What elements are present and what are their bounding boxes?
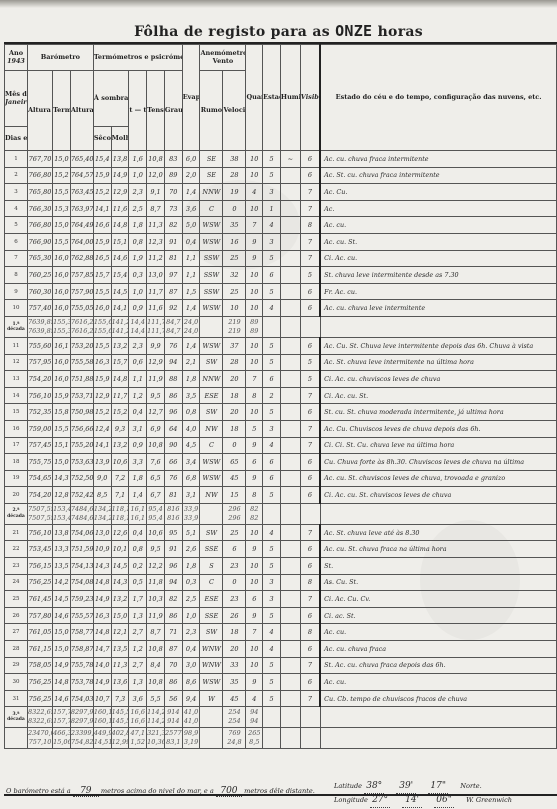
- table-row: 19754,6514,3752,509,07,21,86,5766,8WSW45…: [5, 470, 557, 487]
- day-number: 23: [5, 558, 28, 575]
- summary-cell: 155,6155,6: [93, 316, 111, 337]
- cell-vel: 23: [223, 591, 246, 608]
- cell-alt-ap: 756,10: [27, 524, 52, 541]
- cell-hum: 81: [164, 250, 182, 267]
- cell-hum-esp: [280, 233, 300, 250]
- day-number: 8: [5, 267, 28, 284]
- col-t-diff: t — t': [129, 71, 147, 151]
- summary-cell: 7507,557507,55: [27, 503, 52, 524]
- cell-diff: 2,5: [129, 200, 147, 217]
- day-number: 25: [5, 591, 28, 608]
- table-row: 20754,2012,8752,428,57,11,46,7813,1NW158…: [5, 487, 557, 504]
- cell-evap: 3,4: [182, 454, 200, 471]
- summary-cell: 41,041,0: [182, 707, 200, 728]
- cell-vis: 7: [300, 524, 320, 541]
- cell-hum: 82: [164, 591, 182, 608]
- cell-diff: 3,3: [129, 454, 147, 471]
- cell-dir: SW: [200, 404, 223, 421]
- cell-hum-esp: [280, 200, 300, 217]
- cell-hum: 94: [164, 574, 182, 591]
- table-row: 18755,7515,0753,6313,910,63,37,6663,4WSW…: [5, 454, 557, 471]
- summary-cell: 402,812,99: [111, 728, 129, 749]
- cell-alt-ap: 760,25: [27, 267, 52, 284]
- cell-vapor: 9,9: [147, 337, 165, 354]
- weather-description: Fr. Ac. cu.: [320, 283, 556, 300]
- summary-cell: 114,2114,2: [147, 707, 165, 728]
- cell-temp-adj: 15,0: [53, 151, 71, 168]
- cell-wet: 14,5: [111, 558, 129, 575]
- cell-alt-corr: 754,08: [70, 574, 93, 591]
- cell-wet: 15,2: [111, 404, 129, 421]
- cell-vel: 28: [223, 354, 246, 371]
- day-number: 19: [5, 470, 28, 487]
- cell-wet: 13,5: [111, 641, 129, 658]
- cell-vis: 5: [300, 267, 320, 284]
- table-row: 4766,3015,3763,9714,111,62,58,7733,6C010…: [5, 200, 557, 217]
- table-row: 14756,1015,9753,7112,911,71,29,5863,5ESE…: [5, 387, 557, 404]
- summary-cell: 47,11,52: [129, 728, 147, 749]
- cell-dir: C: [200, 200, 223, 217]
- weather-description: St. chuva leve intermitente desde as 7.3…: [320, 267, 556, 284]
- cell-clouds: 4: [246, 184, 263, 201]
- cell-evap: 3,5: [182, 387, 200, 404]
- table-row: 29758,0514,9755,7814,011,32,78,4703,0WNW…: [5, 657, 557, 674]
- cell-vel: 18: [223, 624, 246, 641]
- col-wind-vel: Velocidade horária: [223, 71, 246, 151]
- table-row: 3765,8015,5763,4515,212,92,39,1701,4NNW1…: [5, 184, 557, 201]
- cell-hum-esp: [280, 524, 300, 541]
- cell-diff: 2,3: [129, 337, 147, 354]
- summary-cell: 24,024,0: [182, 316, 200, 337]
- cell-evap: 4,5: [182, 437, 200, 454]
- cell-clouds: 7: [246, 624, 263, 641]
- cell-dry: 13,9: [93, 454, 111, 471]
- cell-wet: 12,1: [111, 624, 129, 641]
- col-alt-correcta: Altura correcta: [70, 71, 93, 151]
- summary-cell: 157,7157,7: [53, 707, 71, 728]
- cell-hum-esp: [280, 690, 300, 707]
- cell-sea: 5: [263, 558, 281, 575]
- summary-cell: 257783,1: [164, 728, 182, 749]
- day-number: 30: [5, 674, 28, 691]
- summary-cell: [200, 503, 223, 524]
- cell-clouds: 6: [246, 454, 263, 471]
- day-number: 31: [5, 690, 28, 707]
- cell-vapor: 11,9: [147, 371, 165, 388]
- cell-temp-adj: 15,0: [53, 217, 71, 234]
- cell-temp-adj: 13,8: [53, 524, 71, 541]
- cell-dry: 14,1: [93, 200, 111, 217]
- cell-vel: 35: [223, 674, 246, 691]
- summary-cell: 219219: [223, 316, 246, 337]
- cell-clouds: 10: [246, 354, 263, 371]
- cell-temp-adj: 13,3: [53, 541, 71, 558]
- cell-evap: 2,1: [182, 354, 200, 371]
- cell-vel: 65: [223, 454, 246, 471]
- cell-vis: 6: [300, 470, 320, 487]
- cell-hum-esp: [280, 250, 300, 267]
- summary-cell: 7484,667484,66: [70, 503, 93, 524]
- cell-hum: 92: [164, 300, 182, 317]
- table-row: 15752,3515,8750,9815,215,20,412,7960,8SW…: [5, 404, 557, 421]
- cell-vel: 20: [223, 641, 246, 658]
- cell-dry: 16,5: [93, 250, 111, 267]
- cell-diff: 0,8: [129, 541, 147, 558]
- cell-hum: 73: [164, 200, 182, 217]
- cell-temp-adj: 15,5: [53, 184, 71, 201]
- cell-wet: 14,9: [111, 167, 129, 184]
- cell-clouds: 7: [246, 371, 263, 388]
- weather-description: Ac. cu. St.: [320, 233, 556, 250]
- cell-vapor: 6,5: [147, 470, 165, 487]
- cell-sea: 4: [263, 624, 281, 641]
- cell-temp-adj: 15,5: [53, 420, 71, 437]
- cell-vapor: 8,4: [147, 657, 165, 674]
- cell-alt-corr: 755,05: [70, 300, 93, 317]
- cell-hum: 88: [164, 371, 182, 388]
- cell-vis: 5: [300, 354, 320, 371]
- shade-header: À sombra: [93, 71, 129, 127]
- cell-vel: 0: [223, 200, 246, 217]
- cell-wet: 13,2: [111, 337, 129, 354]
- cell-dir: ESE: [200, 387, 223, 404]
- day-number: 22: [5, 541, 28, 558]
- cell-vel: 0: [223, 437, 246, 454]
- cell-sea: 4: [263, 300, 281, 317]
- cell-alt-ap: 761,45: [27, 591, 52, 608]
- cell-vapor: 9,5: [147, 541, 165, 558]
- sea-distance: 700: [216, 786, 242, 797]
- cell-alt-corr: 764,49: [70, 217, 93, 234]
- cell-hum: 97: [164, 267, 182, 284]
- cell-vapor: 10,3: [147, 591, 165, 608]
- cell-wet: 15,0: [111, 607, 129, 624]
- cell-alt-ap: 767,70: [27, 151, 52, 168]
- cell-alt-corr: 763,97: [70, 200, 93, 217]
- cell-clouds: 9: [246, 233, 263, 250]
- summary-cell: 8282: [246, 503, 263, 524]
- cell-sea: 5: [263, 151, 281, 168]
- cell-diff: 0,9: [129, 300, 147, 317]
- cell-vis: 7: [300, 591, 320, 608]
- cell-temp-adj: 16,1: [53, 337, 71, 354]
- cell-clouds: 10: [246, 657, 263, 674]
- cell-alt-corr: 751,88: [70, 371, 93, 388]
- cell-hum-esp: [280, 167, 300, 184]
- table-row: 17757,4515,1755,2014,113,20,910,8904,5C0…: [5, 437, 557, 454]
- cell-hum-esp: [280, 387, 300, 404]
- cell-vis: 6: [300, 558, 320, 575]
- register-table: Ano1943 Barómetro Termómetros e psicróme…: [4, 44, 557, 749]
- cell-vapor: 9,5: [147, 387, 165, 404]
- cell-dry: 15,2: [93, 404, 111, 421]
- cell-dry: 14,8: [93, 624, 111, 641]
- cell-vis: 8: [300, 574, 320, 591]
- cell-dir: WSW: [200, 300, 223, 317]
- cell-hum: 71: [164, 624, 182, 641]
- cell-alt-ap: 760,30: [27, 283, 52, 300]
- cell-wet: 13,8: [111, 151, 129, 168]
- cell-alt-ap: 755,75: [27, 454, 52, 471]
- cell-vapor: 10,8: [147, 151, 165, 168]
- cell-evap: 2,0: [182, 167, 200, 184]
- cell-sea: 3: [263, 420, 281, 437]
- weather-description: Cu. Cb. tempo de chuviscos fracos de chu…: [320, 690, 556, 707]
- cell-vapor: 8,7: [147, 200, 165, 217]
- cell-dir: NW: [200, 420, 223, 437]
- cell-sea: 5: [263, 167, 281, 184]
- cell-evap: 5,1: [182, 524, 200, 541]
- cell-temp-adj: 12,8: [53, 487, 71, 504]
- cell-vel: 18: [223, 387, 246, 404]
- col-humidity-degree: Grau de humidade: [164, 71, 182, 151]
- cell-diff: 2,3: [129, 184, 147, 201]
- day-number: 29: [5, 657, 28, 674]
- decade-label: 3.ª década: [5, 707, 28, 728]
- weather-description: Ac. St. cu. chuva fraca intermitente: [320, 167, 556, 184]
- day-number: 20: [5, 487, 28, 504]
- cell-sea: 4: [263, 641, 281, 658]
- cell-hum-esp: [280, 283, 300, 300]
- cell-evap: 0,4: [182, 233, 200, 250]
- cell-temp-adj: 16,0: [53, 354, 71, 371]
- cell-wet: 7,1: [111, 487, 129, 504]
- cell-hum-esp: [280, 591, 300, 608]
- cell-diff: 0,4: [129, 524, 147, 541]
- table-row: 23756,1513,5754,1314,314,50,212,2961,8S2…: [5, 558, 557, 575]
- cell-hum: 70: [164, 184, 182, 201]
- cell-hum: 66: [164, 454, 182, 471]
- decade-label: 1.ª década: [5, 316, 28, 337]
- evaporimeter-header: Evaporímetro — Evaporação: [182, 45, 200, 151]
- cell-vis: 7: [300, 200, 320, 217]
- cell-dry: 16,3: [93, 607, 111, 624]
- cell-vel: 25: [223, 283, 246, 300]
- cell-dir: WNW: [200, 657, 223, 674]
- summary-cell: 8322,658322,65: [27, 707, 52, 728]
- cell-clouds: 10: [246, 524, 263, 541]
- cell-evap: 1,1: [182, 267, 200, 284]
- day-number: 13: [5, 371, 28, 388]
- cell-clouds: 10: [246, 574, 263, 591]
- cell-evap: 1,1: [182, 250, 200, 267]
- cell-dir: ESE: [200, 591, 223, 608]
- cell-diff: 0,3: [129, 267, 147, 284]
- cell-diff: 1,2: [129, 387, 147, 404]
- cell-hum: 82: [164, 217, 182, 234]
- table-row: 2766,8015,2764,5715,914,91,012,0892,0SE2…: [5, 167, 557, 184]
- summary-row: 1.ª década7639,857639,85155,3155,37616,2…: [5, 316, 557, 337]
- cell-dir: SE: [200, 151, 223, 168]
- cell-dry: 15,9: [93, 233, 111, 250]
- title-hour: ONZE: [335, 22, 372, 40]
- cell-hum-esp: [280, 657, 300, 674]
- table-row: 9760,3016,0757,9015,514,51,011,7871,5SSW…: [5, 283, 557, 300]
- cell-vis: 6: [300, 607, 320, 624]
- cell-vapor: 6,9: [147, 420, 165, 437]
- cell-evap: 3,1: [182, 487, 200, 504]
- summary-cell: 816816: [164, 503, 182, 524]
- cell-hum-esp: [280, 558, 300, 575]
- day-number: 26: [5, 607, 28, 624]
- cell-alt-ap: 755,60: [27, 337, 52, 354]
- cell-diff: 3,6: [129, 690, 147, 707]
- cell-hum-esp: [280, 607, 300, 624]
- cell-hum: 90: [164, 437, 182, 454]
- month-header: Mês deJaneiro: [5, 71, 28, 127]
- cell-vis: 7: [300, 657, 320, 674]
- cell-vapor: 8,7: [147, 624, 165, 641]
- summary-cell: 914914: [164, 707, 182, 728]
- summary-cell: 23470,05757,10: [27, 728, 52, 749]
- cell-diff: 0,2: [129, 558, 147, 575]
- cell-vel: 45: [223, 470, 246, 487]
- col-vapor: Tensão do vapor atmosférico: [147, 71, 165, 151]
- cell-dir: SW: [200, 624, 223, 641]
- year-header: Ano1943: [5, 45, 28, 71]
- cell-hum-esp: [280, 184, 300, 201]
- cell-dir: SSW: [200, 283, 223, 300]
- summary-row: 2.ª década7507,557507,55153,4153,47484,6…: [5, 503, 557, 524]
- visibility-header: Visibilidade: [300, 45, 320, 151]
- cell-alt-ap: 752,35: [27, 404, 52, 421]
- cell-wet: 11,7: [111, 387, 129, 404]
- cell-diff: 0,9: [129, 437, 147, 454]
- cell-dir: SW: [200, 354, 223, 371]
- weather-description: St.: [320, 558, 556, 575]
- clouds-header: Quantidade de nuvens 0 a 10: [246, 45, 263, 151]
- cell-hum: 96: [164, 558, 182, 575]
- cell-alt-ap: 754,65: [27, 470, 52, 487]
- cell-diff: 2,7: [129, 624, 147, 641]
- cell-alt-corr: 753,78: [70, 674, 93, 691]
- summary-cell: 16,116,1: [129, 503, 147, 524]
- cell-wet: 11,3: [111, 657, 129, 674]
- cell-temp-adj: 14,5: [53, 591, 71, 608]
- cell-vis: 7: [300, 437, 320, 454]
- cell-hum: 76: [164, 470, 182, 487]
- summary-cell: [200, 707, 223, 728]
- cell-vel: 37: [223, 337, 246, 354]
- cell-dry: 15,5: [93, 283, 111, 300]
- cell-temp-adj: 14,8: [53, 674, 71, 691]
- cell-hum-esp: [280, 217, 300, 234]
- cell-alt-ap: 757,40: [27, 300, 52, 317]
- weather-description: Ac. cu. chuva fraca: [320, 641, 556, 658]
- cell-sea: 5: [263, 404, 281, 421]
- cell-dry: 14,9: [93, 591, 111, 608]
- cell-vel: 35: [223, 217, 246, 234]
- cell-dir: NNW: [200, 371, 223, 388]
- day-number: 3: [5, 184, 28, 201]
- summary-cell: 33,933,9: [182, 503, 200, 524]
- barometer-header: Barómetro: [27, 45, 93, 71]
- cell-alt-corr: 764,00: [70, 233, 93, 250]
- summary-cell: 8297,958297,95: [70, 707, 93, 728]
- cell-wet: 10,1: [111, 541, 129, 558]
- day-number: 1: [5, 151, 28, 168]
- table-row: 31756,2514,6754,0310,77,33,65,5569,4W454…: [5, 690, 557, 707]
- cell-hum-esp: [280, 454, 300, 471]
- cell-dry: 16,6: [93, 217, 111, 234]
- cell-vapor: 12,2: [147, 558, 165, 575]
- cell-evap: 5,0: [182, 217, 200, 234]
- cell-evap: 2,5: [182, 591, 200, 608]
- cell-temp-adj: 15,0: [53, 454, 71, 471]
- cell-diff: 1,0: [129, 167, 147, 184]
- cell-evap: 1,0: [182, 607, 200, 624]
- cell-clouds: 10: [246, 283, 263, 300]
- cell-evap: 8,6: [182, 674, 200, 691]
- cell-vapor: 13,0: [147, 267, 165, 284]
- cell-clouds: 10: [246, 200, 263, 217]
- col-dry: Sêco t: [93, 127, 111, 151]
- cell-vis: 7: [300, 690, 320, 707]
- cell-alt-ap: 754,20: [27, 371, 52, 388]
- cell-sea: 4: [263, 217, 281, 234]
- col-termometro-adjunto: Termómetro adjunto: [53, 71, 71, 151]
- cell-sea: 5: [263, 674, 281, 691]
- cell-dry: 8,5: [93, 487, 111, 504]
- cell-alt-ap: 756,25: [27, 674, 52, 691]
- cell-temp-adj: 15,1: [53, 437, 71, 454]
- summary-cell: 76924,8: [223, 728, 246, 749]
- cell-evap: 0,4: [182, 641, 200, 658]
- cell-wet: 13,2: [111, 591, 129, 608]
- cell-vel: 32: [223, 267, 246, 284]
- day-number: 21: [5, 524, 28, 541]
- cell-hum-esp: [280, 300, 300, 317]
- cell-dry: 15,5: [93, 337, 111, 354]
- summary-cell: 466,315,06: [53, 728, 71, 749]
- cell-alt-ap: 766,30: [27, 200, 52, 217]
- cell-sea: 5: [263, 250, 281, 267]
- cell-alt-ap: 756,10: [27, 387, 52, 404]
- weather-description: Ac. Cu. St. Chuva leve intermitente depo…: [320, 337, 556, 354]
- cell-evap: 6,8: [182, 470, 200, 487]
- cell-evap: 1,4: [182, 300, 200, 317]
- cell-clouds: 10: [246, 641, 263, 658]
- weather-description: Ci. ac. St.: [320, 607, 556, 624]
- cell-temp-adj: 15,9: [53, 387, 71, 404]
- weather-description: St. cu. St. chuva moderada intermitente,…: [320, 404, 556, 421]
- title-suffix: horas: [378, 24, 423, 40]
- cell-vapor: 6,7: [147, 487, 165, 504]
- summary-cell: 449,914,51: [93, 728, 111, 749]
- table-row: 24756,2514,2754,0814,814,30,511,8940,3C0…: [5, 574, 557, 591]
- summary-cell: 111,7111,7: [147, 316, 165, 337]
- cell-wet: 15,4: [111, 267, 129, 284]
- cell-alt-corr: 752,42: [70, 487, 93, 504]
- cell-diff: 1,8: [129, 470, 147, 487]
- cell-dir: WSW: [200, 233, 223, 250]
- cell-vel: 25: [223, 524, 246, 541]
- cell-vapor: 11,3: [147, 217, 165, 234]
- cell-dir: SSE: [200, 607, 223, 624]
- cell-hum: 86: [164, 387, 182, 404]
- cell-alt-corr: 763,45: [70, 184, 93, 201]
- latitude: Latitude 38°39'17"Norte.: [334, 780, 512, 794]
- summary-cell: 155,3155,3: [53, 316, 71, 337]
- cell-dry: 10,7: [93, 690, 111, 707]
- summary-cell: 16,616,6: [129, 707, 147, 728]
- summary-cell: 23399,88754,82: [70, 728, 93, 749]
- cell-vis: 7: [300, 233, 320, 250]
- cell-hum: 94: [164, 354, 182, 371]
- weather-description: Ac. cu. chuva fraca intermitente: [320, 151, 556, 168]
- cell-sea: 5: [263, 690, 281, 707]
- cell-vapor: 12,7: [147, 404, 165, 421]
